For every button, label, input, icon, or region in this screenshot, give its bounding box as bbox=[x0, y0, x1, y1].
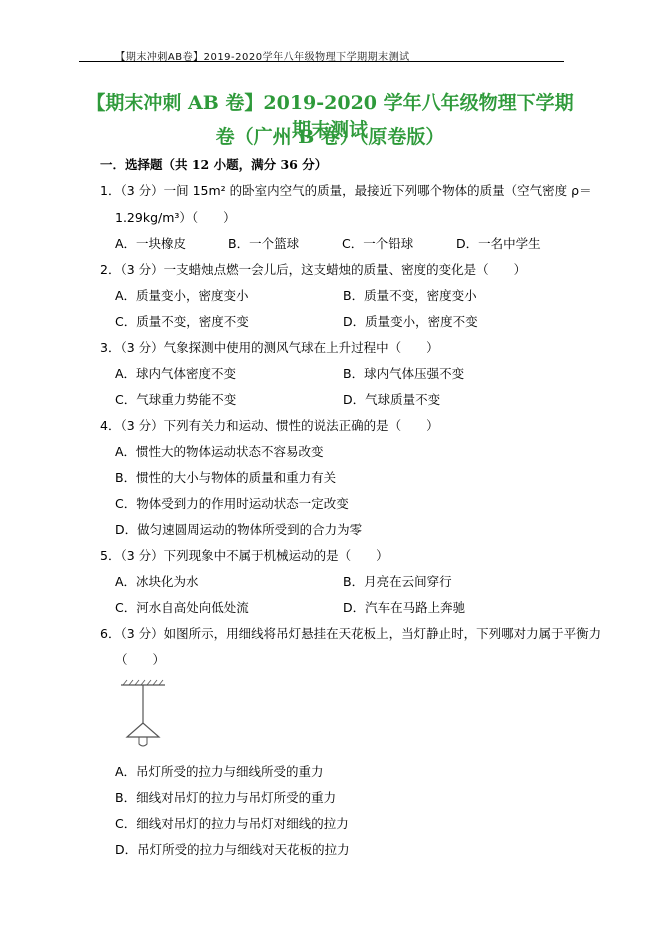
question-number: 1． bbox=[100, 183, 120, 198]
question-6-stem-cont: （ ） bbox=[115, 650, 165, 668]
option-d: D．吊灯所受的拉力与细线对天花板的拉力 bbox=[115, 840, 350, 858]
option-c: C．气球重力势能不变 bbox=[115, 390, 236, 408]
question-4: 4．（3 分）下列有关力和运动、惯性的说法正确的是（ ） bbox=[100, 416, 439, 434]
option-c: C．一个铅球 bbox=[342, 234, 413, 252]
document-title-line2: 卷（广州 B 卷）（原卷版） bbox=[80, 122, 580, 149]
option-a: A．球内气体密度不变 bbox=[115, 364, 236, 382]
question-stem: （3 分）如图所示，用细线将吊灯悬挂在天花板上，当灯静止时，下列哪对力属于平衡力 bbox=[120, 626, 601, 641]
option-a: A．惯性大的物体运动状态不容易改变 bbox=[115, 442, 324, 460]
option-a: A．吊灯所受的拉力与细线所受的重力 bbox=[115, 762, 324, 780]
question-number: 4． bbox=[100, 418, 120, 433]
question-5: 5．（3 分）下列现象中不属于机械运动的是（ ） bbox=[100, 546, 389, 564]
question-stem: （3 分）一支蜡烛点燃一会儿后，这支蜡烛的质量、密度的变化是（ ） bbox=[120, 262, 526, 277]
question-3: 3．（3 分）气象探测中使用的测风气球在上升过程中（ ） bbox=[100, 338, 439, 356]
question-stem: （3 分）下列现象中不属于机械运动的是（ ） bbox=[120, 548, 388, 563]
section-heading: 一．选择题（共 12 小题，满分 36 分） bbox=[100, 155, 327, 173]
question-number: 2． bbox=[100, 262, 120, 277]
option-a: A．冰块化为水 bbox=[115, 572, 199, 590]
option-d: D．汽车在马路上奔驰 bbox=[343, 598, 465, 616]
option-b: B．质量不变，密度变小 bbox=[343, 286, 477, 304]
option-d: D．气球质量不变 bbox=[343, 390, 440, 408]
question-6: 6．（3 分）如图所示，用细线将吊灯悬挂在天花板上，当灯静止时，下列哪对力属于平… bbox=[100, 624, 601, 642]
option-d: D．一名中学生 bbox=[456, 234, 541, 252]
header-rule bbox=[79, 61, 564, 62]
question-stem: （3 分）下列有关力和运动、惯性的说法正确的是（ ） bbox=[120, 418, 438, 433]
option-b: B．球内气体压强不变 bbox=[343, 364, 464, 382]
option-b: B．一个篮球 bbox=[228, 234, 299, 252]
option-c: C．质量不变，密度不变 bbox=[115, 312, 249, 330]
option-c: C．河水自高处向低处流 bbox=[115, 598, 249, 616]
question-1: 1．（3 分）一间 15m² 的卧室内空气的质量，最接近下列哪个物体的质量（空气… bbox=[100, 181, 592, 199]
question-stem: （3 分）一间 15m² 的卧室内空气的质量，最接近下列哪个物体的质量（空气密度… bbox=[120, 183, 591, 198]
question-number: 3． bbox=[100, 340, 120, 355]
option-d: D．做匀速圆周运动的物体所受到的合力为零 bbox=[115, 520, 362, 538]
option-b: B．细线对吊灯的拉力与吊灯所受的重力 bbox=[115, 788, 336, 806]
question-number: 6． bbox=[100, 626, 120, 641]
question-2: 2．（3 分）一支蜡烛点燃一会儿后，这支蜡烛的质量、密度的变化是（ ） bbox=[100, 260, 526, 278]
option-c: C．物体受到力的作用时运动状态一定改变 bbox=[115, 494, 349, 512]
option-b: B．惯性的大小与物体的质量和重力有关 bbox=[115, 468, 336, 486]
option-a: A．一块橡皮 bbox=[115, 234, 186, 252]
option-a: A．质量变小，密度变小 bbox=[115, 286, 249, 304]
option-d: D．质量变小，密度不变 bbox=[343, 312, 478, 330]
question-number: 5． bbox=[100, 548, 120, 563]
question-1-stem-cont: 1.29kg/m³）（ ） bbox=[115, 208, 236, 226]
question-stem: （3 分）气象探测中使用的测风气球在上升过程中（ ） bbox=[120, 340, 438, 355]
hanging-lamp-diagram bbox=[118, 678, 168, 754]
option-c: C．细线对吊灯的拉力与吊灯对细线的拉力 bbox=[115, 814, 349, 832]
option-b: B．月亮在云间穿行 bbox=[343, 572, 452, 590]
